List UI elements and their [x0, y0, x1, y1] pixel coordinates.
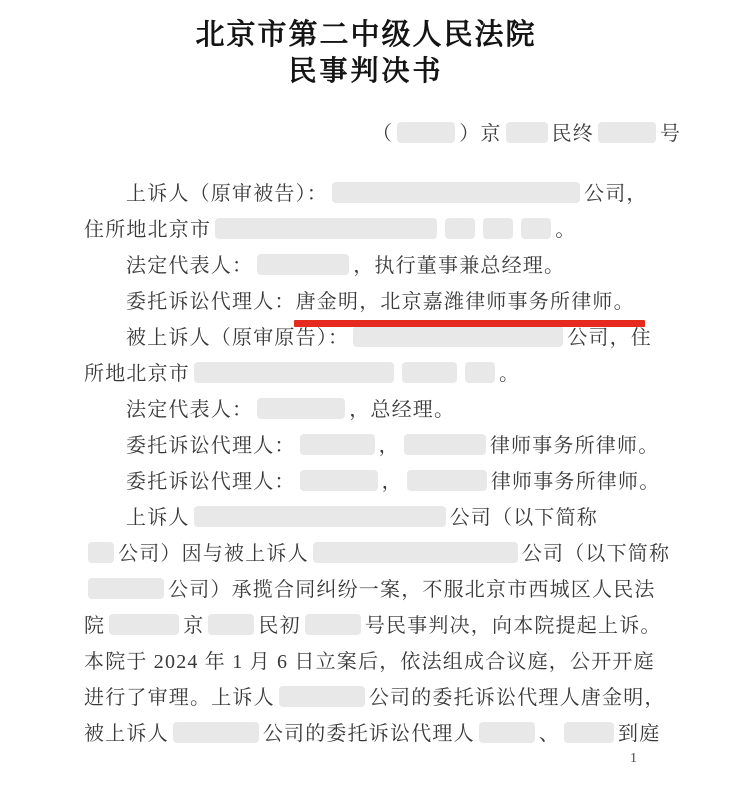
text-segment: 公司的委托诉讼代理人 [263, 723, 475, 745]
redaction-block [479, 722, 535, 743]
text-segment: 进行了审理。上诉人 [84, 687, 275, 709]
redaction-block [313, 542, 518, 563]
text-segment: 被上诉人 [84, 723, 169, 745]
text-segment: 本院于 2024 年 1 月 6 日立案后，依法组成合议庭，公开开庭 [84, 651, 655, 673]
text-segment: 院 [84, 615, 105, 637]
text-segment: 委托诉讼代理人： [126, 471, 296, 493]
redaction-block [257, 398, 345, 419]
case-number: （）京民终号 [0, 120, 732, 148]
redaction-block [305, 614, 361, 635]
red-underlined-text: 唐金明，北京嘉潍律师事务所律师。 [296, 284, 635, 320]
document-line: 委托诉讼代理人：，律师事务所律师。 [84, 428, 672, 464]
redaction-block [598, 122, 656, 143]
redaction-block [88, 578, 164, 599]
redaction-block [445, 218, 475, 239]
redaction-block [402, 362, 457, 383]
document-line: 法定代表人：，总经理。 [84, 392, 672, 428]
redaction-block [208, 614, 254, 635]
redaction-block [521, 218, 551, 239]
text-segment: ，总经理。 [349, 399, 455, 421]
redaction-block [300, 434, 375, 455]
redaction-block [279, 686, 365, 707]
redaction-block [88, 542, 114, 563]
text-segment: 住所地北京市 [84, 219, 211, 241]
document-line: 公司）因与被上诉人公司（以下简称 [84, 536, 672, 572]
document-line: 上诉人公司（以下简称 [84, 500, 672, 536]
text-segment: 公司）因与被上诉人 [118, 543, 309, 565]
document-line: 住所地北京市。 [84, 212, 672, 248]
text-segment: 委托诉讼代理人： [126, 435, 296, 457]
redaction-block [332, 182, 580, 203]
text-segment: 被上诉人（原审原告）： [126, 327, 349, 349]
text-segment: 法定代表人： [126, 399, 253, 421]
page-number: 1 [630, 751, 637, 767]
redaction-block [215, 218, 437, 239]
document-line: 被上诉人公司的委托诉讼代理人、到庭 [84, 716, 672, 752]
document-line: 所地北京市。 [84, 356, 672, 392]
text-segment: （ [372, 123, 393, 145]
document-line: 委托诉讼代理人：，律师事务所律师。 [84, 464, 672, 500]
redaction-block [407, 470, 487, 491]
text-segment: 民初 [258, 615, 300, 637]
text-segment: ，执行董事兼总经理。 [353, 255, 565, 277]
text-segment: 公司，住 [567, 327, 652, 349]
text-segment: 公司（以下简称 [450, 507, 598, 529]
document-body: 上诉人（原审被告）：公司，住所地北京市。法定代表人：，执行董事兼总经理。委托诉讼… [0, 176, 732, 752]
text-segment: 。 [555, 219, 576, 241]
text-segment: 律师事务所律师。 [491, 471, 661, 493]
redaction-block [404, 434, 486, 455]
redaction-block [300, 470, 378, 491]
text-segment: 公司（以下简称 [522, 543, 670, 565]
text-segment: 法定代表人： [126, 255, 253, 277]
redaction-block [257, 254, 349, 275]
redaction-block [564, 722, 614, 743]
redaction-block [483, 218, 513, 239]
document-line: 上诉人（原审被告）：公司， [84, 176, 672, 212]
redaction-block [194, 362, 394, 383]
document-type: 民事判决书 [0, 54, 732, 90]
judgment-document: 北京市第二中级人民法院 民事判决书 （）京民终号 上诉人（原审被告）：公司，住所… [0, 0, 732, 789]
redaction-block [506, 122, 548, 143]
document-header: 北京市第二中级人民法院 民事判决书 [0, 0, 732, 90]
document-line: 院京民初号民事判决，向本院提起上诉。 [84, 608, 672, 644]
text-segment: 到庭 [618, 723, 660, 745]
text-segment: 号 [660, 123, 681, 145]
text-segment: 委托诉讼代理人： [126, 291, 296, 313]
text-segment: 所地北京市 [84, 363, 190, 385]
redaction-block [173, 722, 259, 743]
redaction-block [194, 506, 446, 527]
redaction-block [465, 362, 495, 383]
text-segment: ， [382, 471, 403, 493]
document-line: 委托诉讼代理人：唐金明，北京嘉潍律师事务所律师。 [84, 284, 672, 320]
redaction-block [353, 326, 563, 347]
text-segment: 、 [539, 723, 560, 745]
text-segment: 号民事判决，向本院提起上诉。 [365, 615, 662, 637]
redaction-block [397, 122, 455, 143]
text-segment: 公司）承揽合同纠纷一案，不服北京市西城区人民法 [168, 579, 656, 601]
text-segment: 上诉人 [126, 507, 190, 529]
document-line: 本院于 2024 年 1 月 6 日立案后，依法组成合议庭，公开开庭 [84, 644, 672, 680]
court-name: 北京市第二中级人民法院 [0, 16, 732, 54]
redaction-block [109, 614, 179, 635]
text-segment: 公司， [584, 183, 648, 205]
text-segment: 公司的委托诉讼代理人唐金明， [369, 687, 666, 709]
document-line: 进行了审理。上诉人公司的委托诉讼代理人唐金明， [84, 680, 672, 716]
document-line: 法定代表人：，执行董事兼总经理。 [84, 248, 672, 284]
text-segment: 律师事务所律师。 [490, 435, 660, 457]
text-segment: 上诉人（原审被告）： [126, 183, 328, 205]
text-segment: ， [379, 435, 400, 457]
document-line: 公司）承揽合同纠纷一案，不服北京市西城区人民法 [84, 572, 672, 608]
text-segment: 京 [183, 615, 204, 637]
text-segment: 。 [499, 363, 520, 385]
text-segment: 民终 [552, 123, 594, 145]
text-segment: ）京 [459, 123, 501, 145]
